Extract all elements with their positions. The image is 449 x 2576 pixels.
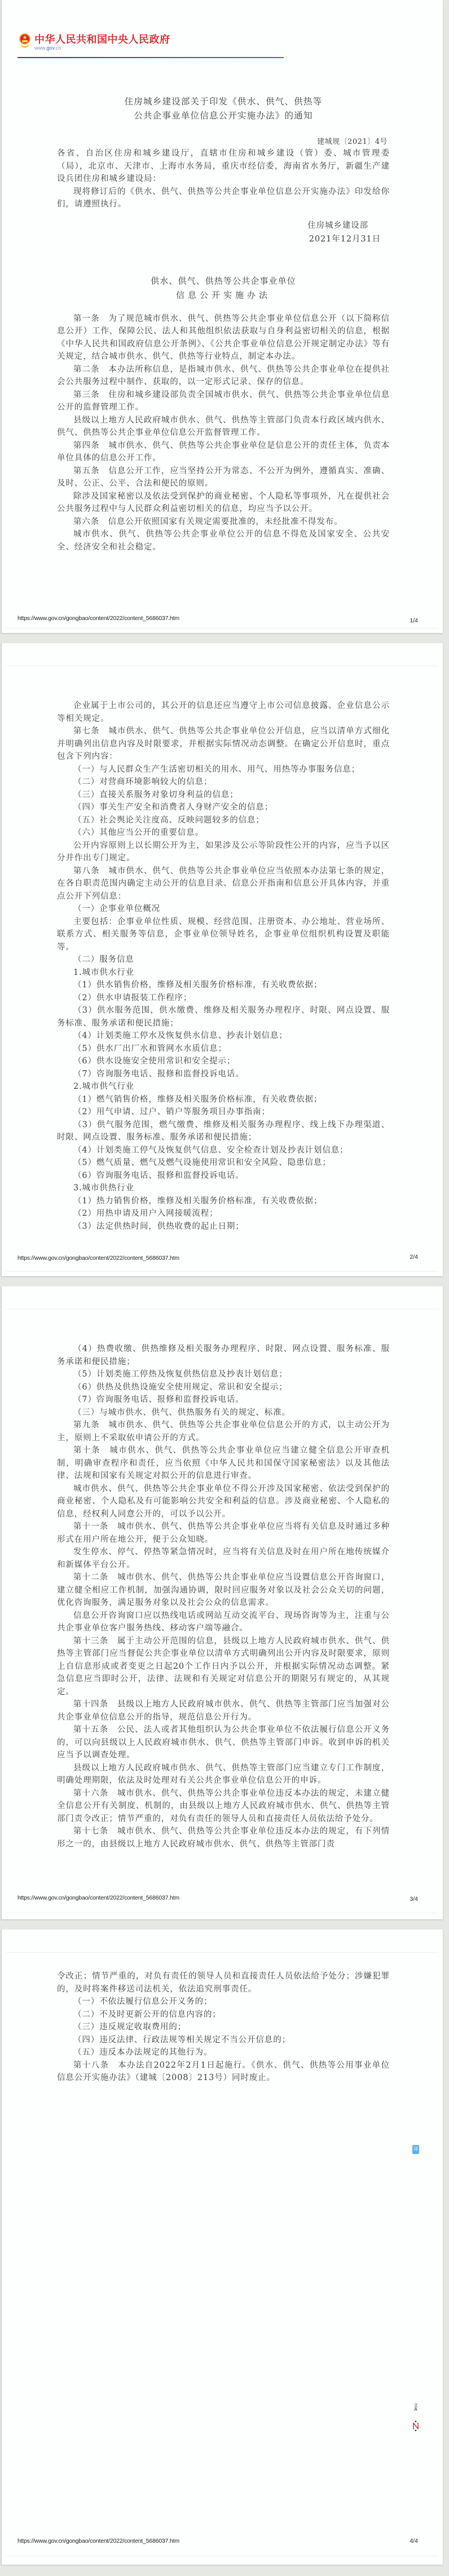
article-paragraph: 城市供水、供气、供热等公共企事业单位不得公开涉及国家秘密、依法受到保护的商业秘密… xyxy=(57,1483,390,1521)
article-paragraph: 第二条 本办法所称信息，是指城市供水、供气、供热等公共企事业单位在提供社会公共服… xyxy=(57,363,390,389)
list-item: （五）社会舆论关注度高、反映问题较多的信息； xyxy=(57,814,390,827)
gov-site-header: 中华人民共和国中央人民政府 www.gov.cn xyxy=(17,15,435,60)
article-paragraph: 第一条 为了规范城市供水、供气、供热等公共企事业单位信息公开（以下简称信息公开）… xyxy=(57,313,390,363)
page-bottom-rule xyxy=(6,1271,438,1272)
list-item: （6）供热及供热设施安全使用规定、常识和安全提示； xyxy=(57,1381,390,1394)
list-item: （三）直接关系服务对象切身利益的信息； xyxy=(57,789,390,802)
list-item: （1）燃气销售价格，维修及相关服务价格标准，有关收费依据； xyxy=(57,1093,390,1106)
list-item: （4）计划类施工停水及恢复供水信息、抄表计划信息； xyxy=(57,1030,390,1043)
article-paragraph: 第七条 城市供水、供气、供热等公共企事业单位公开信息，应当以清单方式细化并明确列… xyxy=(57,725,390,763)
page-bottom-rule xyxy=(6,1913,438,1913)
list-item: （六）其他应当公开的重要信息。 xyxy=(57,827,390,839)
site-url: www.gov.cn xyxy=(34,45,61,51)
notice-body: 现将修订后的《供水、供气、供热等公共企事业单位信息公开实施办法》印发给你们，请遵… xyxy=(57,186,390,211)
graph-tool-icon[interactable] xyxy=(410,2420,421,2432)
national-emblem-icon xyxy=(19,33,31,49)
lang-icon-bottom-glyph: A xyxy=(410,2407,421,2411)
page-number: 2/4 xyxy=(410,1254,418,1260)
section-heading: （二）服务信息 xyxy=(57,953,390,966)
notice-section: 住房城乡建设部关于印发《供水、供气、供热等 公共企事业单位信息公开实施办法》的通… xyxy=(57,95,390,553)
notice-title-line2: 公共企事业单位信息公开实施办法》的通知 xyxy=(57,109,390,123)
notice-addressees: 各省、自治区住房和城乡建设厅，直辖市住房和城乡建设（管）委、城市管理委（局），北… xyxy=(57,147,390,186)
article-paragraph: 第十三条 属于主动公开范围的信息，县级以上地方人民政府城市供水、供气、供热等主管… xyxy=(57,1635,390,1699)
issuing-authority: 住房城乡建设部 xyxy=(57,219,390,232)
list-item: （6）供水设施安全使用常识和安全提示； xyxy=(57,1055,390,1068)
language-switch-icon[interactable]: 文 A xyxy=(410,2403,421,2411)
subsection-heading: 3.城市供热行业 xyxy=(57,1182,390,1195)
list-item: （二）对营商环境影响较大的信息； xyxy=(57,776,390,789)
article-paragraph: 第六条 信息公开依照国家有关规定需要批准的，未经批准不得发布。 xyxy=(57,516,390,529)
article-paragraph: 第十七条 城市供水、供气、供热等公共企事业单位违反本办法的规定，有下列情形之一的… xyxy=(57,1825,390,1850)
list-item: （7）咨询服务电话、报修和监督投诉电话。 xyxy=(57,1393,390,1406)
article-paragraph: 第三条 住房和城乡建设部负责全国城市供水、供气、供热等公共企事业单位信息公开的监… xyxy=(57,389,390,414)
site-name: 中华人民共和国中央人民政府 xyxy=(34,32,170,46)
list-item: （3）供水服务范围，供水缴费、维修及相关服务办理程序、时限、网点设置、服务标准、… xyxy=(57,1004,390,1030)
page-footer-url: https://www.gov.cn/gongbao/content/2022/… xyxy=(17,1255,179,1261)
article-paragraph: 县级以上地方人民政府城市供水、供气、供热等主管部门应当建立专门工作制度，明确处理… xyxy=(57,1762,390,1787)
site-url-domain: gov xyxy=(47,45,55,51)
article-paragraph: 发生停水、停气、停热等紧急情况时，应当将有关信息及时在用户所在地传统媒介和新媒体… xyxy=(57,1546,390,1571)
list-item: （二）不及时更新公开的信息内容的； xyxy=(57,2008,390,2021)
list-item: （6）咨询服务电话、报修和监督投诉电话。 xyxy=(57,1170,390,1183)
page-footer-url: https://www.gov.cn/gongbao/content/2022/… xyxy=(17,2538,179,2544)
article-paragraph: 信息公开咨询窗口应以热线电话或网站互动交流平台、现场咨询等为主，注重与公共企事业… xyxy=(57,1610,390,1635)
header-divider xyxy=(17,57,284,58)
page-number: 1/4 xyxy=(410,617,418,624)
issue-date: 2021年12月31日 xyxy=(57,232,390,246)
translate-button[interactable]: 译 xyxy=(412,2145,419,2154)
list-item: （一）不依法履行信息公开义务的； xyxy=(57,1995,390,2008)
page-2-body: 企业属于上市公司的，其公开的信息还应当遵守上市公司信息披露、企业信息公示等相关规… xyxy=(57,700,390,1233)
article-paragraph: 第八条 城市供水、供气、供热等公共企事业单位应当依照本办法第七条的规定，在各自职… xyxy=(57,865,390,903)
article-paragraph: 第五条 信息公开工作，应当坚持公开为常态、不公开为例外，遵循真实、准确、及时、公… xyxy=(57,465,390,490)
list-item: （2）供水申请报装工作程序； xyxy=(57,992,390,1005)
list-item: （2）用热申请及用户入网接暖流程； xyxy=(57,1207,390,1220)
list-item: （一）与人民群众生产生活密切相关的用水、用气、用热等办事服务信息； xyxy=(57,763,390,776)
page-number: 4/4 xyxy=(410,2538,418,2544)
article-paragraph: 第十一条 城市供水、供气、供热等公共企事业单位应当将有关信息及时通过多种形式在用… xyxy=(57,1520,390,1546)
list-item: （5）计划类施工停热及恢复供热信息及抄表计划信息； xyxy=(57,1368,390,1381)
pdf-page-1: 中华人民共和国中央人民政府 www.gov.cn 住房城乡建设部关于印发《供水、… xyxy=(1,0,443,633)
measures-title-line1: 供水、供气、供热等公共企事业单位 xyxy=(57,274,390,288)
article-paragraph: 主要包括：企事业单位性质、规模、经营范围、注册资本、办公地址、营业场所、联系方式… xyxy=(57,916,390,954)
subsection-heading: 2.城市供气行业 xyxy=(57,1080,390,1093)
pdf-page-3: （4）热费收缴、供热维修及相关服务办理程序、时限、网点设置、服务标准、服务承诺和… xyxy=(1,1286,443,1919)
article-paragraph: 第十八条 本办法自2022年2月1日起施行。《供水、供气、供热等公用事业单位信息… xyxy=(57,2059,390,2085)
site-url-suffix: .cn xyxy=(54,45,61,51)
list-item: （1）供水销售价格，维修及相关服务价格标准，有关收费依据； xyxy=(57,979,390,992)
list-item: （1）热力销售价格，维修及相关服务价格标准，有关收费依据； xyxy=(57,1195,390,1208)
article-paragraph: 第九条 城市供水、供气、供热等公共企事业单位信息公开的方式，以主动公开为主，原则… xyxy=(57,1419,390,1444)
page-bottom-rule xyxy=(6,628,438,628)
article-paragraph: 公开内容原则上以长期公开为主，如果涉及公示等阶段性公开的内容，应当予以区分并作出… xyxy=(57,839,390,865)
page-top-rule xyxy=(6,1309,438,1309)
page-bottom-rule xyxy=(6,2556,438,2556)
document-number: 建城规〔2021〕4号 xyxy=(57,135,390,146)
article-paragraph: 城市供水、供气、供热等公共企事业单位公开的信息不得危及国家安全、公共安全、经济安… xyxy=(57,528,390,553)
measures-title-line2: 信息公开实施办法 xyxy=(57,288,390,302)
list-item: （7）咨询服务电话、报修和监督投诉电话。 xyxy=(57,1068,390,1081)
article-paragraph: 县级以上地方人民政府城市供水、供气、供热等主管部门负责本行政区域内供水、供气、供… xyxy=(57,414,390,439)
list-item: （3）供气服务范围，燃气缴费、维修及相关服务办理程序、线上线下办理渠道、时限、网… xyxy=(57,1119,390,1144)
page-footer-url: https://www.gov.cn/gongbao/content/2022/… xyxy=(17,615,179,622)
page-footer-url: https://www.gov.cn/gongbao/content/2022/… xyxy=(17,1894,179,1901)
page-top-rule xyxy=(6,1952,438,1953)
page-number: 3/4 xyxy=(410,1896,418,1902)
list-item: （2）用气申请、过户、销户等服务项目办事指南； xyxy=(57,1106,390,1119)
list-item: （四）事关生产安全和消费者人身财产安全的信息； xyxy=(57,801,390,814)
article-paragraph: 企业属于上市公司的，其公开的信息还应当遵守上市公司信息披露、企业信息公示等相关规… xyxy=(57,700,390,725)
article-paragraph: 第十条 城市供水、供气、供热等公共企事业单位应当建立健全信息公开审查机制，明确审… xyxy=(57,1444,390,1483)
article-paragraph: 第十二条 城市供水、供气、供热等公共企事业单位应当设置信息公开咨询窗口，建立健全… xyxy=(57,1571,390,1610)
list-item: （三）违反规定收取费用的； xyxy=(57,2021,390,2034)
list-item: （四）违反法律、行政法规等相关规定不当公开信息的； xyxy=(57,2034,390,2047)
article-paragraph: 令改正；情节严重的，对负有责任的领导人员和直接责任人员依法给予处分；涉嫌犯罪的，… xyxy=(57,1970,390,1995)
page-1-body: 第一条 为了规范城市供水、供气、供热等公共企事业单位信息公开（以下简称信息公开）… xyxy=(57,313,390,554)
list-item: （5）供水厂出厂水和管网水水质信息； xyxy=(57,1043,390,1056)
article-paragraph: 第十四条 县级以上地方人民政府城市供水、供气、供热等主管部门应当加强对公共企事业… xyxy=(57,1698,390,1724)
page-top-rule xyxy=(6,666,438,666)
pdf-page-4: 令改正；情节严重的，对负有责任的领导人员和直接责任人员依法给予处分；涉嫌犯罪的，… xyxy=(1,1929,443,2565)
subsection-heading: 1.城市供水行业 xyxy=(57,966,390,979)
notice-title-line1: 住房城乡建设部关于印发《供水、供气、供热等 xyxy=(57,95,390,109)
list-item: （4）计划类施工停气及恢复供气信息、安全检查计划及抄表计划信息； xyxy=(57,1144,390,1157)
site-url-prefix: www. xyxy=(34,45,47,51)
page-3-body: （4）热费收缴、供热维修及相关服务办理程序、时限、网点设置、服务标准、服务承诺和… xyxy=(57,1343,390,1850)
list-item: （3）法定供热时间，供热收费的起止日期； xyxy=(57,1220,390,1233)
section-heading: （三）与城市供水、供气、供热服务有关的规定、标准。 xyxy=(57,1406,390,1419)
article-paragraph: 第十五条 公民、法人或者其他组织认为公共企事业单位不依法履行信息公开义务的，可以… xyxy=(57,1724,390,1762)
article-paragraph: 除涉及国家秘密以及依法受到保护的商业秘密、个人隐私等事项外，凡在提供社会公共服务… xyxy=(57,490,390,516)
page-4-body: 令改正；情节严重的，对负有责任的领导人员和直接责任人员依法给予处分；涉嫌犯罪的，… xyxy=(57,1970,390,2085)
list-item: （5）燃气质量、燃气及燃气设施使用常识和安全风险、隐患信息； xyxy=(57,1157,390,1170)
article-paragraph: 第十六条 城市供水、供气、供热等公共企事业单位违反本办法的规定，未建立健全信息公… xyxy=(57,1787,390,1826)
section-heading: （一）企事业单位概况 xyxy=(57,903,390,916)
article-paragraph: 第四条 城市供水、供气、供热等公共企事业单位是信息公开的责任主体，负责本单位具体… xyxy=(57,439,390,465)
pdf-page-2: 企业属于上市公司的，其公开的信息还应当遵守上市公司信息披露、企业信息公示等相关规… xyxy=(1,643,443,1276)
list-item: （4）热费收缴、供热维修及相关服务办理程序、时限、网点设置、服务标准、服务承诺和… xyxy=(57,1343,390,1368)
list-item: （五）违反本办法规定的其他行为。 xyxy=(57,2046,390,2059)
